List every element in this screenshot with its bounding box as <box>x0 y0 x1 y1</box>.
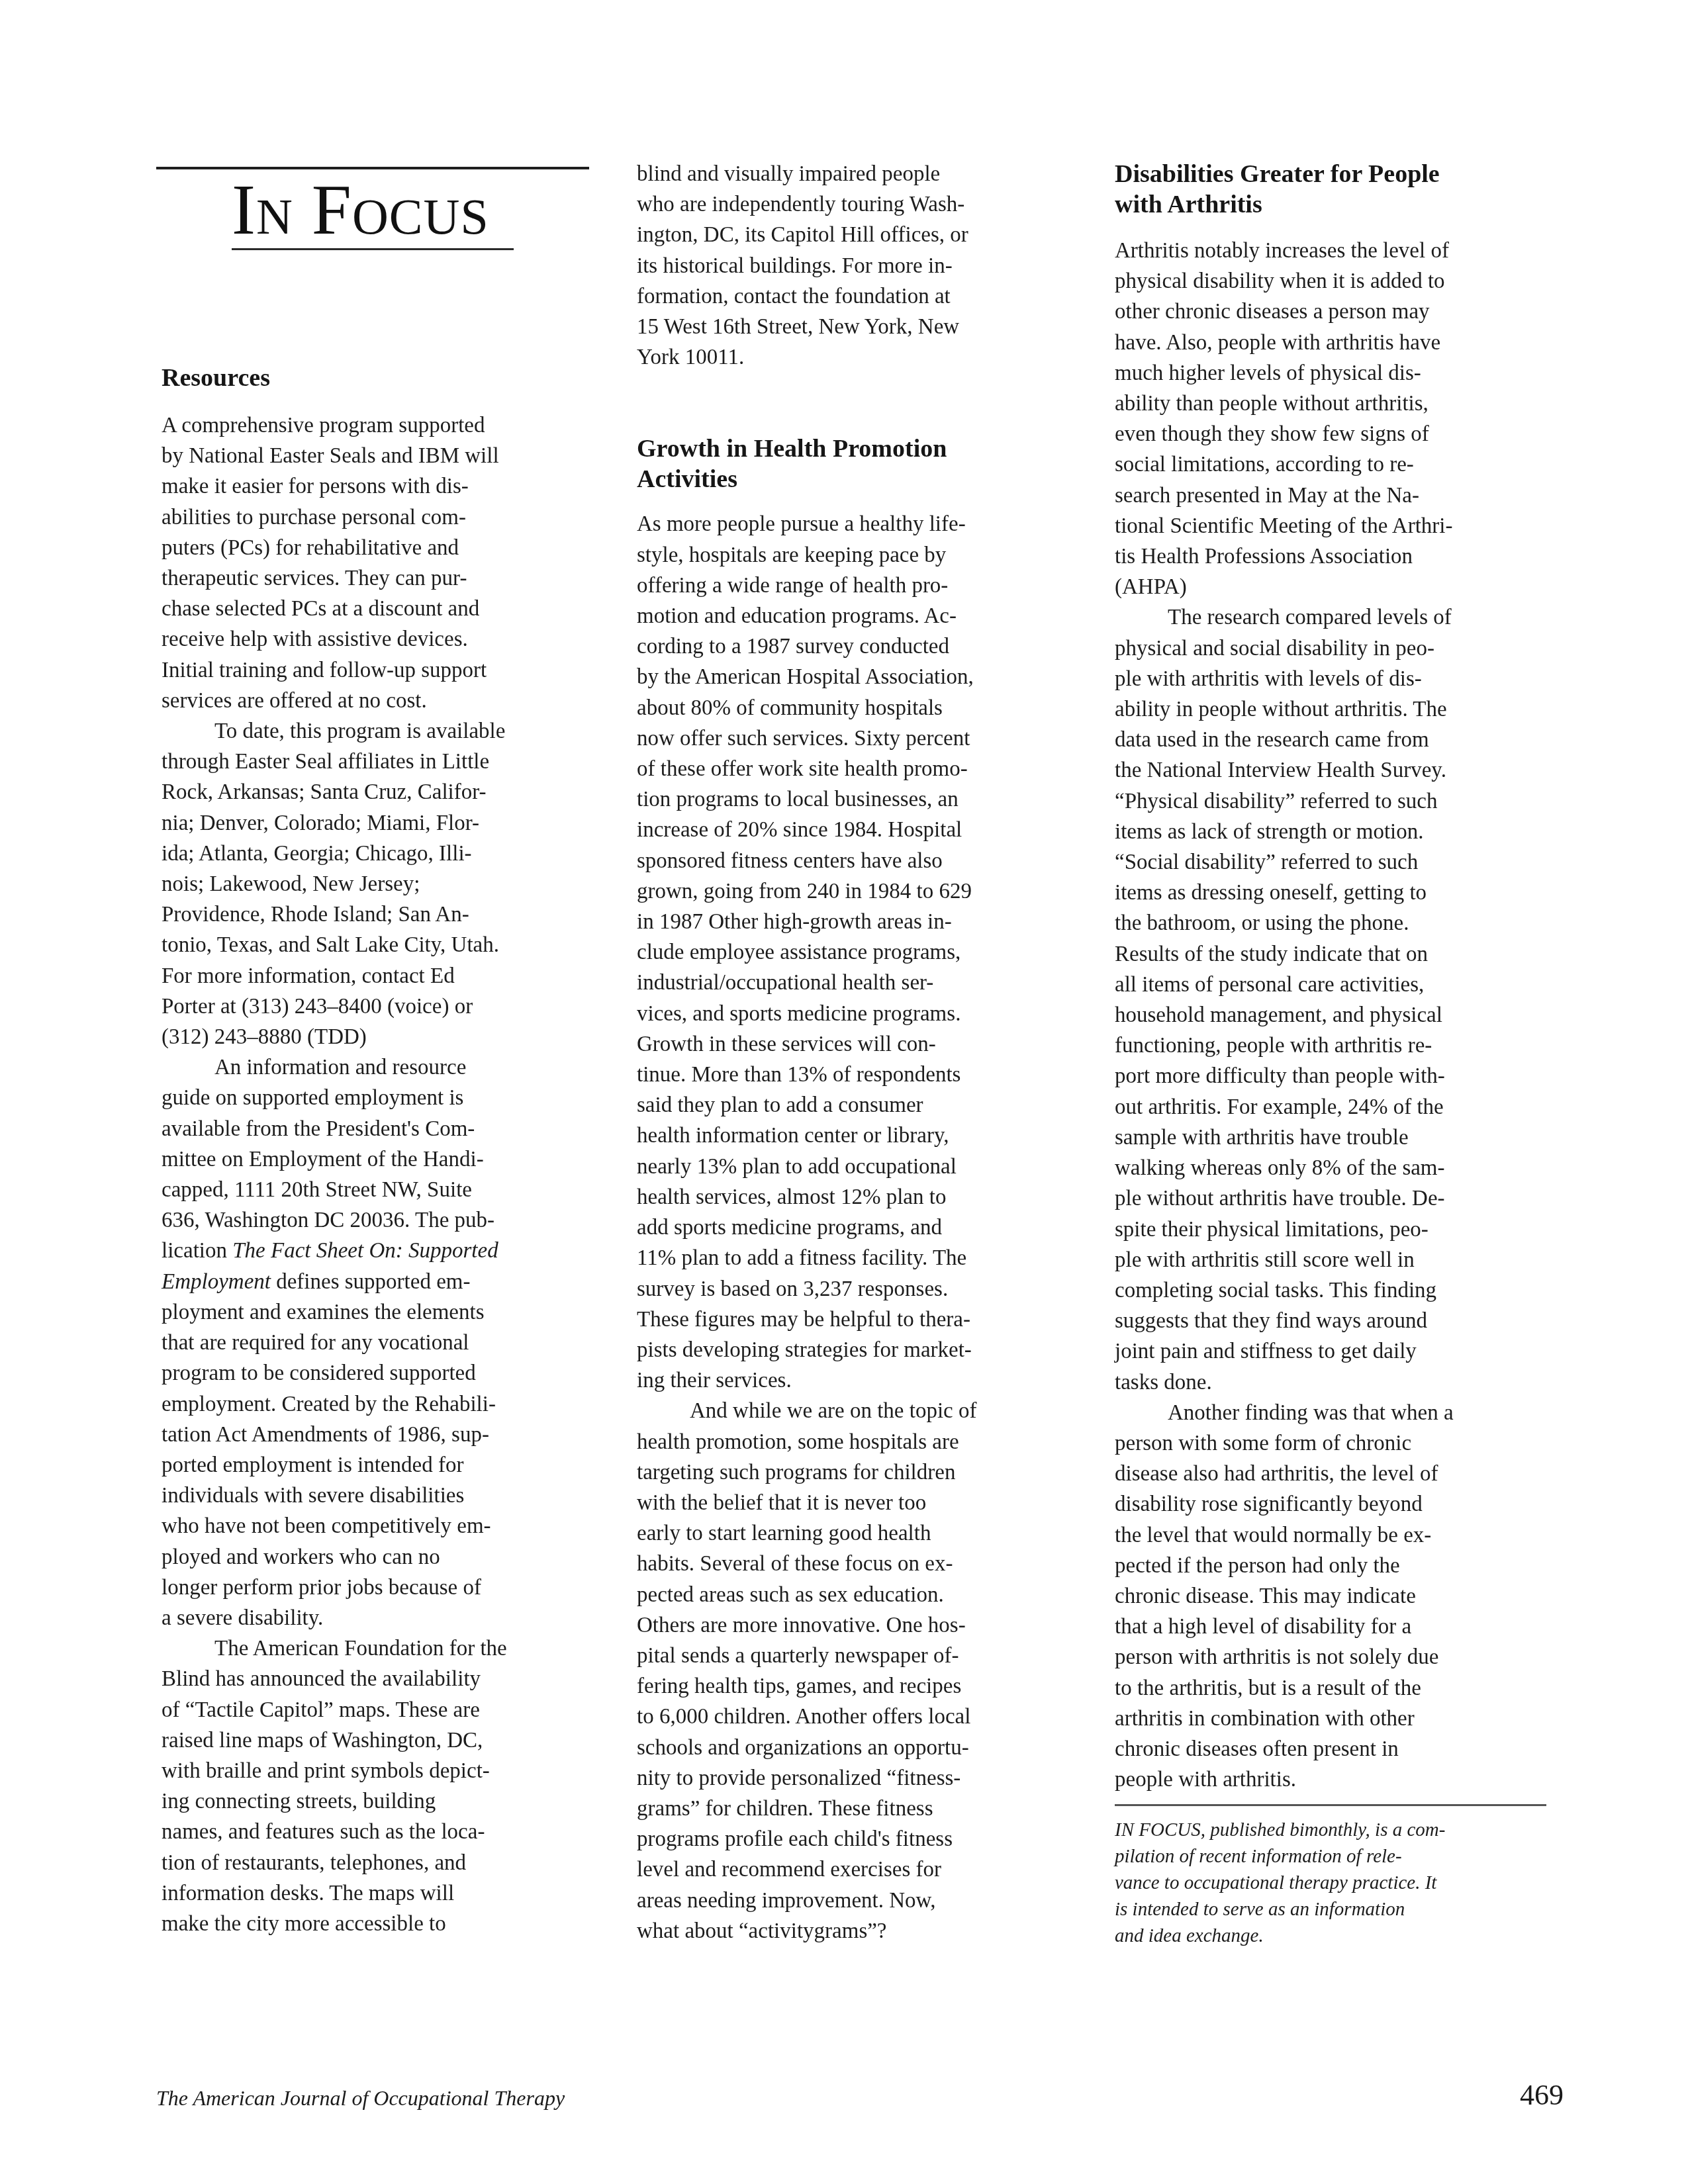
text-line: a severe disability. <box>162 1603 612 1633</box>
masthead-underline <box>232 248 514 250</box>
text-line: employment. Created by the Rehabili- <box>162 1389 612 1420</box>
publication-title: The Fact Sheet On: Supported <box>232 1239 498 1263</box>
text-line: puters (PCs) for rehabilitative and <box>162 533 612 563</box>
text-line: that are required for any vocational <box>162 1328 612 1358</box>
text-line: names, and features such as the loca- <box>162 1817 612 1847</box>
text-line: Blind has announced the availability <box>162 1664 612 1694</box>
text-line: longer perform prior jobs because of <box>162 1572 612 1603</box>
text-line: person with arthritis is not solely due <box>1115 1642 1565 1672</box>
text-line: health services, almost 12% plan to <box>637 1182 1087 1212</box>
text-line: Arthritis notably increases the level of <box>1115 236 1565 266</box>
text-line: tion programs to local businesses, an <box>637 784 1087 815</box>
text-line: Growth in these services will con- <box>637 1029 1087 1060</box>
text-line: 15 West 16th Street, New York, New <box>637 312 1087 342</box>
text-line: make it easier for persons with dis- <box>162 471 612 502</box>
text-line: out arthritis. For example, 24% of the <box>1115 1092 1565 1122</box>
text-line: vices, and sports medicine programs. <box>637 999 1087 1029</box>
text-line: 636, Washington DC 20036. The pub- <box>162 1205 612 1236</box>
text-line: targeting such programs for children <box>637 1457 1087 1488</box>
text-line: Others are more innovative. One hos- <box>637 1610 1087 1641</box>
text-line: to the arthritis, but is a result of the <box>1115 1673 1565 1704</box>
text-line: ployment and examines the elements <box>162 1297 612 1328</box>
text-line: completing social tasks. This finding <box>1115 1275 1565 1306</box>
text-line: pected if the person had only the <box>1115 1551 1565 1581</box>
text-line: available from the President's Com- <box>162 1114 612 1144</box>
text-line: services are offered at no cost. <box>162 686 612 716</box>
text-fragment: lication <box>162 1239 232 1263</box>
text-line: walking whereas only 8% of the sam- <box>1115 1153 1565 1183</box>
text-line: industrial/occupational health ser- <box>637 968 1087 998</box>
text-line: abilities to purchase personal com- <box>162 502 612 533</box>
text-line: therapeutic services. They can pur- <box>162 563 612 594</box>
text-line: nearly 13% plan to add occupational <box>637 1152 1087 1182</box>
text-line: cording to a 1987 survey conducted <box>637 631 1087 662</box>
text-line: ple with arthritis still score well in <box>1115 1245 1565 1275</box>
text-line: chase selected PCs at a discount and <box>162 594 612 624</box>
text-line: information desks. The maps will <box>162 1878 612 1909</box>
text-line: tional Scientific Meeting of the Arthri- <box>1115 511 1565 541</box>
text-line: even though they show few signs of <box>1115 419 1565 449</box>
text-line: all items of personal care activities, <box>1115 970 1565 1000</box>
masthead-top-rule <box>156 167 589 169</box>
article-arthritis-body: Arthritis notably increases the level of… <box>1115 236 1565 1795</box>
text-line: arthritis in combination with other <box>1115 1704 1565 1734</box>
text-line: search presented in May at the Na- <box>1115 480 1565 511</box>
note-line: and idea exchange. <box>1115 1923 1565 1949</box>
text-line: tation Act Amendments of 1986, sup- <box>162 1420 612 1450</box>
text-line: (312) 243–8880 (TDD) <box>162 1022 612 1052</box>
editorial-note-rule <box>1115 1804 1546 1806</box>
text-line: suggests that they find ways around <box>1115 1306 1565 1336</box>
text-line: For more information, contact Ed <box>162 961 612 991</box>
text-line: ple without arthritis have trouble. De- <box>1115 1183 1565 1214</box>
text-line: joint pain and stiffness to get daily <box>1115 1336 1565 1367</box>
text-line: with braille and print symbols depict- <box>162 1756 612 1786</box>
text-line: pists developing strategies for market- <box>637 1335 1087 1365</box>
text-line: habits. Several of these focus on ex- <box>637 1549 1087 1579</box>
text-line: early to start learning good health <box>637 1518 1087 1549</box>
text-line: programs profile each child's fitness <box>637 1824 1087 1854</box>
text-line: much higher levels of physical dis- <box>1115 358 1565 388</box>
text-line: mittee on Employment of the Handi- <box>162 1144 612 1175</box>
text-line: tis Health Professions Association <box>1115 541 1565 572</box>
text-line: And while we are on the topic of <box>637 1396 1087 1426</box>
text-line: lication The Fact Sheet On: Supported <box>162 1236 612 1266</box>
text-line: port more difficulty than people with- <box>1115 1061 1565 1091</box>
text-line: ington, DC, its Capitol Hill offices, or <box>637 220 1087 250</box>
text-line: by the American Hospital Association, <box>637 662 1087 692</box>
text-line: tasks done. <box>1115 1367 1565 1398</box>
article-resources-continued: blind and visually impaired people who a… <box>637 159 1087 373</box>
text-line: grown, going from 240 in 1984 to 629 <box>637 876 1087 907</box>
note-line: IN FOCUS, published bimonthly, is a com- <box>1115 1817 1565 1843</box>
text-line: have. Also, people with arthritis have <box>1115 328 1565 358</box>
text-line: clude employee assistance programs, <box>637 937 1087 968</box>
text-line: other chronic diseases a person may <box>1115 296 1565 327</box>
text-line: about 80% of community hospitals <box>637 693 1087 723</box>
text-line: its historical buildings. For more in- <box>637 251 1087 281</box>
text-line: guide on supported employment is <box>162 1083 612 1113</box>
text-line: pital sends a quarterly newspaper of- <box>637 1641 1087 1671</box>
text-line: program to be considered supported <box>162 1358 612 1388</box>
text-line: 11% plan to add a fitness facility. The <box>637 1243 1087 1273</box>
text-line: now offer such services. Sixty percent <box>637 723 1087 754</box>
text-line: social limitations, according to re- <box>1115 449 1565 480</box>
note-line: pilation of recent information of rele- <box>1115 1843 1565 1870</box>
column-3: Disabilities Greater for People with Art… <box>1115 159 1565 1949</box>
text-line: with the belief that it is never too <box>637 1488 1087 1518</box>
journal-page: In Focus Resources A comprehensive progr… <box>0 0 1688 2184</box>
text-line: style, hospitals are keeping pace by <box>637 540 1087 570</box>
running-footer-journal-name: The American Journal of Occupational The… <box>156 2086 565 2111</box>
text-line: Employment defines supported em- <box>162 1267 612 1297</box>
text-line: data used in the research came from <box>1115 725 1565 755</box>
text-line: sponsored fitness centers have also <box>637 846 1087 876</box>
article-resources-body: A comprehensive program supported by Nat… <box>162 410 612 1939</box>
text-line: fering health tips, games, and recipes <box>637 1671 1087 1702</box>
article-health-promotion-body: As more people pursue a healthy life- st… <box>637 509 1087 1946</box>
text-line: by National Easter Seals and IBM will <box>162 441 612 471</box>
text-line: To date, this program is available <box>162 716 612 747</box>
text-line: offering a wide range of health pro- <box>637 570 1087 601</box>
text-line: the level that would normally be ex- <box>1115 1520 1565 1551</box>
text-line: These figures may be helpful to thera- <box>637 1304 1087 1335</box>
text-line: ing connecting streets, building <box>162 1786 612 1817</box>
text-line: Providence, Rhode Island; San An- <box>162 899 612 930</box>
text-line: health information center or library, <box>637 1120 1087 1151</box>
text-fragment: defines supported em- <box>271 1270 471 1294</box>
section-title: In Focus <box>232 177 516 244</box>
text-line: of “Tactile Capitol” maps. These are <box>162 1695 612 1725</box>
text-line: sample with arthritis have trouble <box>1115 1122 1565 1153</box>
text-line: through Easter Seal affiliates in Little <box>162 747 612 777</box>
text-line: who have not been competitively em- <box>162 1511 612 1541</box>
text-line: chronic disease. This may indicate <box>1115 1581 1565 1612</box>
heading-line: with Arthritis <box>1115 189 1565 220</box>
text-line: nity to provide personalized “fitness- <box>637 1763 1087 1794</box>
text-line: schools and organizations an opportu- <box>637 1733 1087 1763</box>
text-line: individuals with severe disabilities <box>162 1480 612 1511</box>
text-line: in 1987 Other high-growth areas in- <box>637 907 1087 937</box>
text-line: receive help with assistive devices. <box>162 624 612 655</box>
text-line: areas needing improvement. Now, <box>637 1886 1087 1916</box>
text-line: nia; Denver, Colorado; Miami, Flor- <box>162 808 612 839</box>
column-2: blind and visually impaired people who a… <box>637 159 1087 1946</box>
heading-resources: Resources <box>162 363 612 393</box>
text-line: blind and visually impaired people <box>637 159 1087 189</box>
section-spacer <box>637 373 1087 433</box>
text-line: formation, contact the foundation at <box>637 281 1087 312</box>
text-line: capped, 1111 20th Street NW, Suite <box>162 1175 612 1205</box>
text-line: Porter at (313) 243–8400 (voice) or <box>162 991 612 1022</box>
text-line: person with some form of chronic <box>1115 1428 1565 1459</box>
text-line: survey is based on 3,237 responses. <box>637 1274 1087 1304</box>
text-line: increase of 20% since 1984. Hospital <box>637 815 1087 845</box>
text-line: spite their physical limitations, peo- <box>1115 1214 1565 1245</box>
note-line: vance to occupational therapy practice. … <box>1115 1870 1565 1896</box>
text-line: Initial training and follow-up support <box>162 655 612 686</box>
text-line: level and recommend exercises for <box>637 1854 1087 1885</box>
text-line: Another finding was that when a <box>1115 1398 1565 1428</box>
text-line: pected areas such as sex education. <box>637 1580 1087 1610</box>
text-line: add sports medicine programs, and <box>637 1212 1087 1243</box>
text-line: The American Foundation for the <box>162 1633 612 1664</box>
text-line: chronic diseases often present in <box>1115 1734 1565 1764</box>
text-line: physical disability when it is added to <box>1115 266 1565 296</box>
text-line: ple with arthritis with levels of dis- <box>1115 664 1565 694</box>
text-line: people with arthritis. <box>1115 1764 1565 1795</box>
text-line: Rock, Arkansas; Santa Cruz, Califor- <box>162 777 612 807</box>
text-line: disease also had arthritis, the level of <box>1115 1459 1565 1489</box>
text-line: disability rose significantly beyond <box>1115 1489 1565 1520</box>
text-line: motion and education programs. Ac- <box>637 601 1087 631</box>
text-line: raised line maps of Washington, DC, <box>162 1725 612 1756</box>
text-line: physical and social disability in peo- <box>1115 633 1565 664</box>
text-line: A comprehensive program supported <box>162 410 612 441</box>
text-line: household management, and physical <box>1115 1000 1565 1030</box>
text-line: ployed and workers who can no <box>162 1542 612 1572</box>
text-line: tonio, Texas, and Salt Lake City, Utah. <box>162 930 612 960</box>
text-line: the bathroom, or using the phone. <box>1115 908 1565 938</box>
text-line: functioning, people with arthritis re- <box>1115 1030 1565 1061</box>
text-line: of these offer work site health promo- <box>637 754 1087 784</box>
text-line: to 6,000 children. Another offers local <box>637 1702 1087 1732</box>
text-line: ing their services. <box>637 1365 1087 1396</box>
text-line: nois; Lakewood, New Jersey; <box>162 869 612 899</box>
text-line: As more people pursue a healthy life- <box>637 509 1087 539</box>
text-line: that a high level of disability for a <box>1115 1612 1565 1642</box>
text-line: the National Interview Health Survey. <box>1115 755 1565 786</box>
text-line: who are independently touring Wash- <box>637 189 1087 220</box>
heading-line: Growth in Health Promotion <box>637 433 1087 464</box>
text-line: ability than people without arthritis, <box>1115 388 1565 419</box>
text-line: Results of the study indicate that on <box>1115 939 1565 970</box>
text-line: ported employment is intended for <box>162 1450 612 1480</box>
text-line: items as dressing oneself, getting to <box>1115 878 1565 908</box>
heading-line: Activities <box>637 464 1087 494</box>
text-line: tinue. More than 13% of respondents <box>637 1060 1087 1090</box>
editorial-note: IN FOCUS, published bimonthly, is a com-… <box>1115 1817 1565 1949</box>
column-1: Resources A comprehensive program suppor… <box>162 363 612 1939</box>
text-line: An information and resource <box>162 1052 612 1083</box>
text-line: “Physical disability” referred to such <box>1115 786 1565 817</box>
text-line: health promotion, some hospitals are <box>637 1427 1087 1457</box>
text-line: ability in people without arthritis. The <box>1115 694 1565 725</box>
text-line: grams” for children. These fitness <box>637 1794 1087 1824</box>
heading-arthritis: Disabilities Greater for People with Art… <box>1115 159 1565 220</box>
text-line: York 10011. <box>637 342 1087 373</box>
page-number: 469 <box>1520 2078 1564 2112</box>
text-line: “Social disability” referred to such <box>1115 847 1565 878</box>
text-line: items as lack of strength or motion. <box>1115 817 1565 847</box>
text-line: ida; Atlanta, Georgia; Chicago, Illi- <box>162 839 612 869</box>
text-line: make the city more accessible to <box>162 1909 612 1939</box>
publication-title: Employment <box>162 1270 271 1294</box>
text-line: tion of restaurants, telephones, and <box>162 1848 612 1878</box>
text-line: said they plan to add a consumer <box>637 1090 1087 1120</box>
text-line: The research compared levels of <box>1115 602 1565 633</box>
heading-health-promotion: Growth in Health Promotion Activities <box>637 433 1087 494</box>
text-line: (AHPA) <box>1115 572 1565 602</box>
heading-line: Disabilities Greater for People <box>1115 159 1565 189</box>
text-line: what about “activitygrams”? <box>637 1916 1087 1946</box>
note-line: is intended to serve as an information <box>1115 1896 1565 1923</box>
